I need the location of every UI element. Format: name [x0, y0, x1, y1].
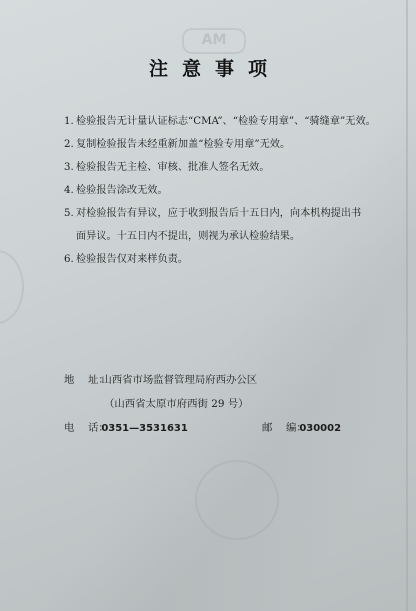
note-item: 6. 检验报告仅对来样负责。: [64, 248, 394, 271]
watermark-seal-icon: [195, 460, 279, 540]
postcode-value: 030002: [299, 423, 341, 434]
note-text: 检验报告仅对来样负责。: [76, 254, 188, 265]
note-text-continuation: 面异议。十五日内不提出，则视为承认检验结果。: [76, 225, 394, 248]
phone-label: 电话：: [64, 420, 98, 436]
page-edge: [406, 0, 408, 611]
note-text: 检验报告无计量认证标志“CMA”、“检验专用章”、“骑缝章”无效。: [76, 116, 376, 127]
watermark-stamp-icon: [0, 250, 24, 324]
note-text: 检验报告无主检、审核、批准人签名无效。: [76, 162, 270, 173]
note-item: 4. 检验报告涂改无效。: [64, 179, 394, 202]
note-number: 4.: [64, 179, 74, 202]
phone-value: 0351—3531631: [101, 423, 188, 434]
address-row: 地址： 山西省市场监督管理局府西办公区: [64, 372, 257, 388]
notes-list: 1. 检验报告无计量认证标志“CMA”、“检验专用章”、“骑缝章”无效。 2. …: [64, 110, 394, 271]
note-number: 1.: [64, 110, 74, 133]
postcode-label: 邮编：: [262, 420, 296, 436]
phone-row: 电话： 0351—3531631: [64, 420, 188, 436]
note-number: 2.: [64, 133, 74, 156]
note-item: 3. 检验报告无主检、审核、批准人签名无效。: [64, 156, 394, 179]
note-item: 2. 复制检验报告未经重新加盖“检验专用章”无效。: [64, 133, 394, 156]
note-number: 6.: [64, 248, 74, 271]
address-value: 山西省市场监督管理局府西办公区: [101, 374, 257, 386]
note-text: 对检验报告有异议，应于收到报告后十五日内，向本机构提出书: [76, 208, 361, 219]
note-number: 5.: [64, 202, 74, 225]
note-text: 检验报告涂改无效。: [76, 185, 168, 196]
address-label: 地址：: [64, 372, 98, 388]
note-number: 3.: [64, 156, 74, 179]
page-title: 注意事项: [0, 54, 416, 81]
watermark-logo: AM: [182, 28, 246, 54]
document-page: AM 注意事项 1. 检验报告无计量认证标志“CMA”、“检验专用章”、“骑缝章…: [0, 0, 416, 611]
address-detail-row: （山西省太原市府西街 29 号）: [104, 396, 249, 412]
address-detail: （山西省太原市府西街 29 号）: [104, 398, 249, 410]
note-item: 5. 对检验报告有异议，应于收到报告后十五日内，向本机构提出书 面异议。十五日内…: [64, 202, 394, 248]
postcode-row: 邮编： 030002: [262, 420, 341, 436]
note-item: 1. 检验报告无计量认证标志“CMA”、“检验专用章”、“骑缝章”无效。: [64, 110, 394, 133]
note-text: 复制检验报告未经重新加盖“检验专用章”无效。: [76, 139, 290, 150]
